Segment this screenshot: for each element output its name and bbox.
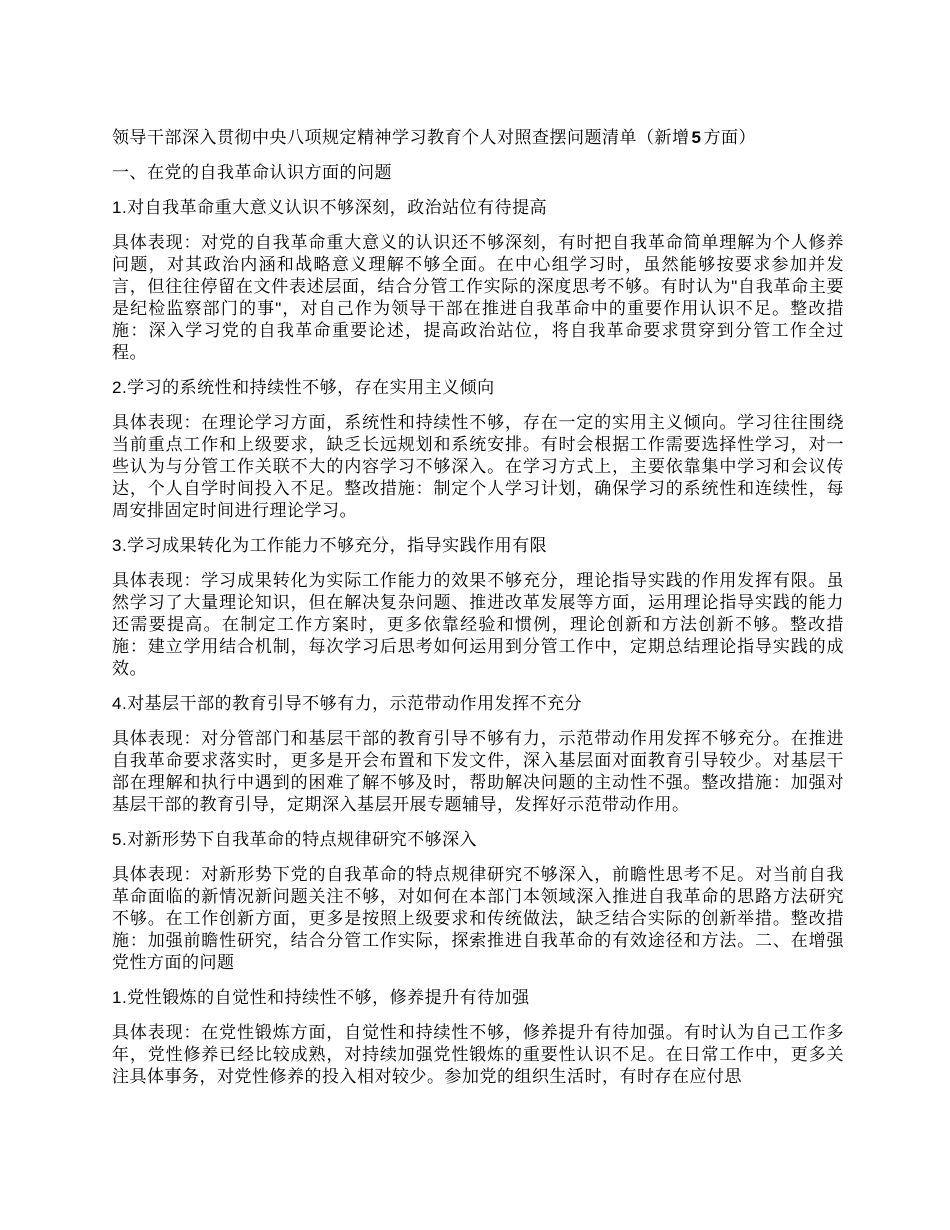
item-3-body: 具体表现：学习成果转化为实际工作能力的效果不够充分，理论指导实践的作用发挥有限。…: [112, 570, 844, 680]
item-5-body: 具体表现：对新形势下党的自我革命的特点规律研究不够深入，前瞻性思考不足。对当前自…: [112, 864, 844, 974]
document-page: 领导干部深入贯彻中央八项规定精神学习教育个人对照查摆问题清单（新增5方面） 一、…: [0, 0, 950, 1230]
item-1-heading: 1.对自我革命重大意义认识不够深刻，政治站位有待提高: [112, 197, 844, 219]
section-2-item-1-heading: 1.党性锻炼的自觉性和持续性不够，修养提升有待加强: [112, 987, 844, 1009]
item-2-heading: 2.学习的系统性和持续性不够，存在实用主义倾向: [112, 377, 844, 399]
document-title-number: 5: [690, 128, 704, 147]
item-4-heading: 4.对基层干部的教育引导不够有力，示范带动作用发挥不充分: [112, 693, 844, 715]
document-title: 领导干部深入贯彻中央八项规定精神学习教育个人对照查摆问题清单（新增5方面）: [112, 127, 844, 149]
document-title-suffix: 方面）: [703, 128, 756, 147]
document-title-prefix: 领导干部深入贯彻中央八项规定精神学习教育个人对照查摆问题清单（新增: [112, 128, 690, 147]
item-3-heading: 3.学习成果转化为工作能力不够充分，指导实践作用有限: [112, 535, 844, 557]
item-1-body: 具体表现：对党的自我革命重大意义的认识还不够深刻，有时把自我革命简单理解为个人修…: [112, 232, 844, 364]
item-4-body: 具体表现：对分管部门和基层干部的教育引导不够有力，示范带动作用发挥不够充分。在推…: [112, 728, 844, 816]
section-2-item-1-body: 具体表现：在党性锻炼方面，自觉性和持续性不够，修养提升有待加强。有时认为自己工作…: [112, 1022, 844, 1088]
item-5-heading: 5.对新形势下自我革命的特点规律研究不够深入: [112, 829, 844, 851]
section-1-heading: 一、在党的自我革命认识方面的问题: [112, 162, 844, 184]
item-2-body: 具体表现：在理论学习方面，系统性和持续性不够，存在一定的实用主义倾向。学习往往围…: [112, 412, 844, 522]
